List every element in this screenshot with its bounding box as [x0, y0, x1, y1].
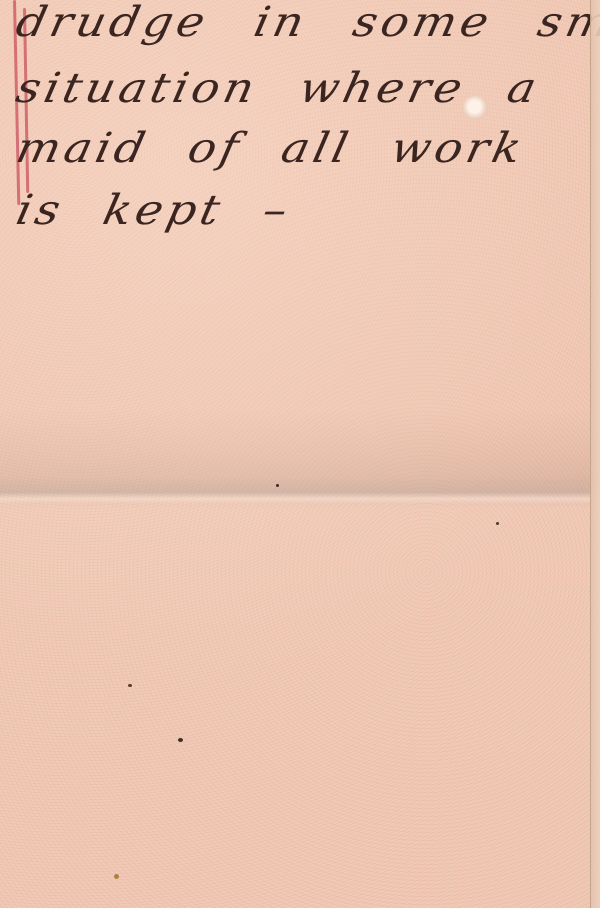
letter-page: drudge in some small situation where a m…	[0, 0, 600, 908]
text-line: drudge in some small	[12, 0, 600, 46]
paper-speck	[114, 874, 119, 879]
text-line: maid of all work	[12, 123, 530, 172]
paper-speck	[128, 684, 132, 687]
text-line: is kept –	[12, 185, 296, 234]
text-line: situation where a	[12, 63, 545, 112]
paper-speck	[178, 738, 183, 742]
horizontal-fold-crease	[0, 478, 592, 504]
paper-speck	[496, 522, 499, 525]
paper-speck	[276, 484, 279, 487]
paper-edge	[590, 0, 600, 908]
